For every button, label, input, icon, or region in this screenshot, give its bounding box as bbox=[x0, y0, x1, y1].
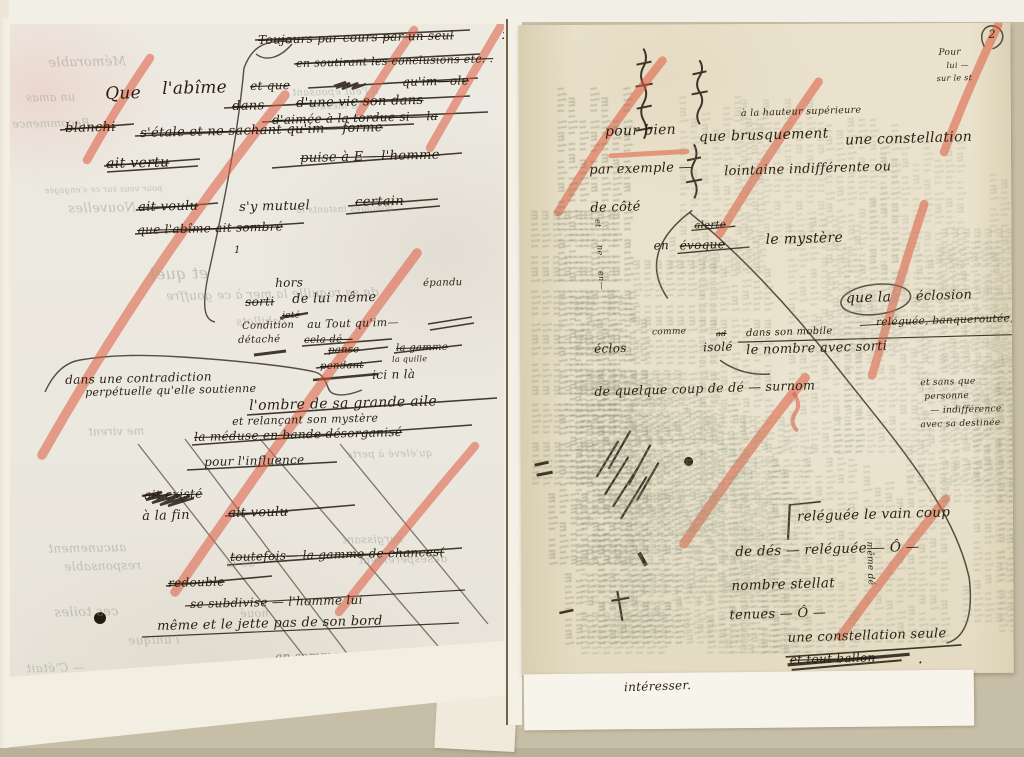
manuscript-line: pendant bbox=[320, 361, 364, 372]
manuscript-line: ait existé bbox=[144, 488, 203, 501]
manuscript-line: évoque bbox=[679, 238, 725, 251]
manuscript-line: blanchi bbox=[65, 121, 116, 135]
manuscript-line: même dé bbox=[864, 541, 875, 585]
ghost-text-fragment: surgissant bbox=[342, 533, 403, 545]
manuscript-line: panse bbox=[328, 345, 360, 356]
manuscript-line: détaché bbox=[238, 335, 281, 346]
ghost-text-fragment: Mémorable bbox=[48, 55, 126, 70]
manuscript-line: ne bbox=[595, 245, 603, 256]
manuscript-line: éclosion bbox=[916, 289, 973, 304]
manuscript-line: l'abîme bbox=[162, 79, 227, 98]
manuscript-line: une constellation bbox=[845, 130, 972, 148]
manuscript-line: la quille bbox=[392, 355, 427, 364]
manuscript-line: ad bbox=[716, 330, 727, 338]
manuscript-line: Pour bbox=[938, 48, 961, 58]
manuscript-line: par un seul bbox=[382, 29, 454, 43]
manuscript-line: de côté bbox=[590, 200, 641, 214]
manuscript-line: redouble bbox=[168, 576, 225, 589]
manuscript-line: épandu bbox=[423, 278, 463, 289]
manuscript-line: et bbox=[593, 219, 601, 228]
manuscript-line: lui — bbox=[947, 61, 970, 70]
ghost-text-fragment: Nouvelles bbox=[68, 201, 136, 215]
manuscript-line: certain bbox=[355, 195, 404, 209]
ghost-text-fragment: et quel bbox=[150, 265, 209, 282]
manuscript-line: Condition bbox=[242, 321, 294, 332]
manuscript-line: et relançant son mystère bbox=[232, 412, 378, 427]
page-left: Mémorableun amasil l'eut épousantla mesu… bbox=[10, 24, 504, 692]
page-right: ılıllım ııllıı mılıı ılmll ııllı lmıı ıl… bbox=[518, 23, 1013, 676]
manuscript-line: alerte bbox=[694, 220, 726, 231]
slip-note: intéresser. bbox=[524, 670, 975, 731]
manuscript-line: de lui même bbox=[292, 291, 377, 306]
manuscript-line: et tout ballon bbox=[790, 651, 876, 666]
ghost-text-fragment: me virent bbox=[88, 425, 144, 437]
manuscript-line: en— bbox=[597, 271, 606, 290]
manuscript-line: au Tout qu'im— bbox=[307, 317, 399, 330]
manuscript-line: éclos bbox=[594, 342, 627, 355]
ghost-text-fragment: un amas bbox=[26, 91, 75, 103]
manuscript-line: 1 bbox=[234, 246, 241, 256]
manuscript-line: sorti bbox=[245, 295, 275, 308]
manuscript-line: puise à E— l'homme bbox=[300, 149, 440, 165]
manuscript-line: ici n là bbox=[372, 368, 415, 381]
manuscript-line: que la bbox=[846, 290, 892, 305]
manuscript-line: personne bbox=[924, 392, 969, 402]
manuscript-line: s'y mutuel bbox=[239, 199, 310, 214]
manuscript-line: et que bbox=[250, 79, 290, 92]
manuscript-line: . bbox=[918, 651, 924, 666]
manuscript-line: le mystère bbox=[765, 231, 843, 247]
ghost-text-fragment: qu'élevé à perte bbox=[346, 449, 433, 461]
manuscript-photo: { "meta": { "subject": "Photograph of tw… bbox=[0, 0, 1024, 757]
manuscript-line: pour bien bbox=[605, 123, 676, 139]
manuscript-line: d'une vie son dans bbox=[296, 94, 424, 110]
manuscript-line: sur le st bbox=[937, 74, 973, 83]
bleed-through-column: ılıllım ııllıı mılıı ılmll ııllı lmıı ıl… bbox=[996, 352, 1014, 632]
manuscript-line: le nombre avec sorti bbox=[746, 340, 887, 357]
manuscript-line: ait voulu bbox=[138, 200, 198, 214]
manuscript-line: ait vertu bbox=[106, 155, 169, 171]
manuscript-line: ait voulu bbox=[228, 506, 288, 520]
manuscript-line: en bbox=[653, 239, 669, 251]
manuscript-line: Toujours par cours — bbox=[258, 31, 394, 46]
ghost-text-fragment: ces toiles bbox=[54, 605, 119, 619]
manuscript-line: la gamme bbox=[396, 343, 448, 354]
manuscript-line: et sans que bbox=[920, 378, 975, 389]
manuscript-line: qu'im—ole bbox=[402, 74, 469, 88]
manuscript-line: à la fin bbox=[142, 509, 190, 523]
manuscript-line: hors bbox=[275, 276, 303, 289]
manuscript-line: Que bbox=[105, 85, 141, 103]
slip-text: intéresser. bbox=[624, 679, 692, 693]
manuscript-line: que brusquement bbox=[699, 127, 829, 145]
manuscript-line: 2 bbox=[502, 32, 504, 42]
ghost-text-fragment: l'unique bbox=[128, 633, 180, 646]
manuscript-line: pour l'influence bbox=[204, 454, 305, 468]
ghost-text-fragment: responsable bbox=[64, 559, 141, 573]
manuscript-line: par exemple — bbox=[589, 161, 692, 177]
ghost-text-fragment: aucunement bbox=[48, 541, 126, 555]
manuscript-line: dans bbox=[232, 99, 265, 113]
manuscript-line: 2 bbox=[988, 29, 996, 40]
manuscript-line: nombre stellat bbox=[731, 577, 835, 594]
manuscript-line: tenues — Ô — bbox=[729, 606, 826, 622]
manuscript-line: que l'abîme ait sombré bbox=[137, 220, 283, 236]
manuscript-line: isolé bbox=[703, 340, 733, 353]
manuscript-line: comme bbox=[652, 328, 687, 338]
